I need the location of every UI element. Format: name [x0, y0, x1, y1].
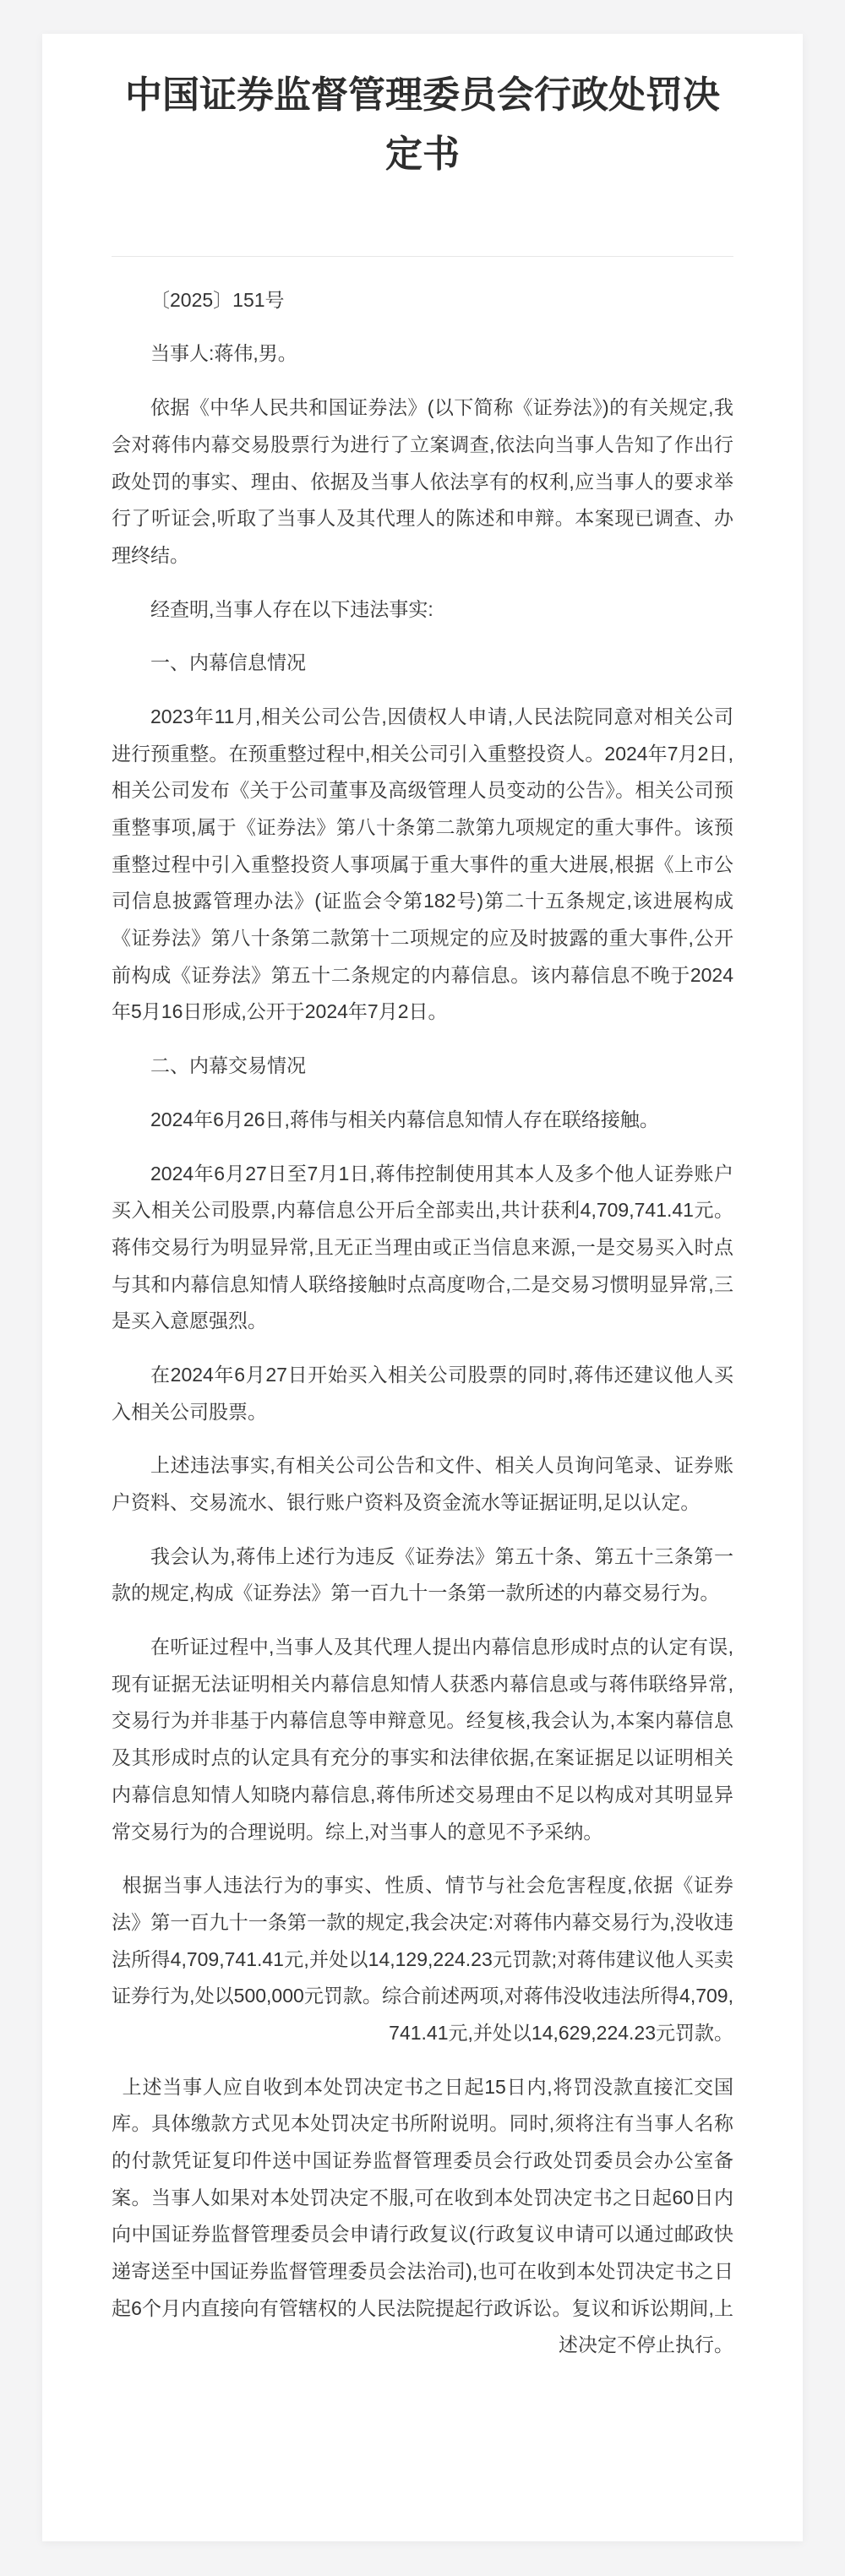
- document-paragraph: 在听证过程中,当事人及其代理人提出内幕信息形成时点的认定有误,现有证据无法证明相…: [112, 1629, 733, 1850]
- section-heading: 一、内幕信息情况: [112, 645, 733, 682]
- document-paragraph: 上述违法事实,有相关公司公告和文件、相关人员询问笔录、证券账户资料、交易流水、银…: [112, 1447, 733, 1521]
- document-body: 〔2025〕151号当事人:蒋伟,男。依据《中华人民共和国证券法》(以下简称《证…: [112, 282, 733, 2364]
- document-paragraph: 我会认为,蒋伟上述行为违反《证券法》第五十条、第五十三条第一款的规定,构成《证券…: [112, 1539, 733, 1612]
- decision-paragraph: 根据当事人违法行为的事实、性质、情节与社会危害程度,依据《证券法》第一百九十一条…: [112, 1867, 733, 2051]
- section-heading: 二、内幕交易情况: [112, 1048, 733, 1085]
- page-background: 中国证券监督管理委员会行政处罚决定书 〔2025〕151号当事人:蒋伟,男。依据…: [0, 0, 845, 2576]
- document-number: 〔2025〕151号: [112, 282, 733, 319]
- document-paragraph: 2024年6月26日,蒋伟与相关内幕信息知情人存在联络接触。: [112, 1102, 733, 1139]
- penalty-decision-card: 中国证券监督管理委员会行政处罚决定书 〔2025〕151号当事人:蒋伟,男。依据…: [42, 34, 803, 2541]
- document-paragraph: 在2024年6月27日开始买入相关公司股票的同时,蒋伟还建议他人买入相关公司股票…: [112, 1357, 733, 1430]
- document-paragraph: 经查明,当事人存在以下违法事实:: [112, 591, 733, 629]
- document-paragraph: 2024年6月27日至7月1日,蒋伟控制使用其本人及多个他人证券账户买入相关公司…: [112, 1156, 733, 1340]
- decision-paragraph: 上述当事人应自收到本处罚决定书之日起15日内,将罚没款直接汇交国库。具体缴款方式…: [112, 2069, 733, 2365]
- party-line: 当事人:蒋伟,男。: [112, 335, 733, 373]
- document-paragraph: 2023年11月,相关公司公告,因债权人申请,人民法院同意对相关公司进行预重整。…: [112, 699, 733, 1031]
- document-paragraph: 依据《中华人民共和国证券法》(以下简称《证券法》)的有关规定,我会对蒋伟内幕交易…: [112, 389, 733, 574]
- document-title: 中国证券监督管理委员会行政处罚决定书: [112, 66, 733, 185]
- title-divider: [112, 256, 733, 257]
